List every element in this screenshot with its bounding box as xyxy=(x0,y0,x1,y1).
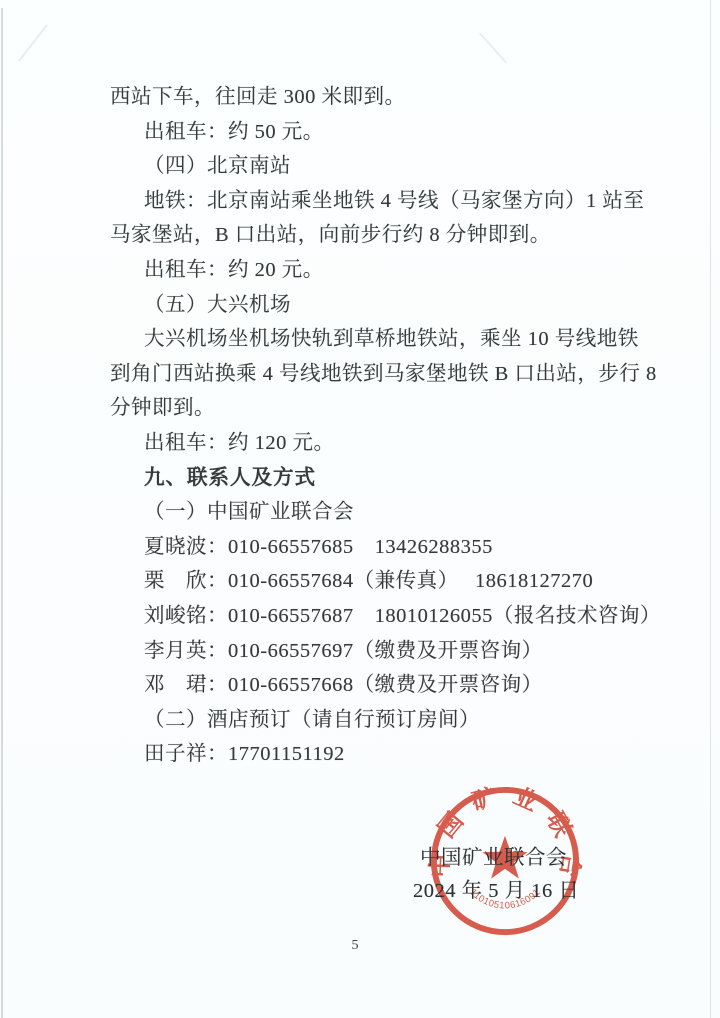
contact-line: 李月英：010-66557697（缴费及开票咨询） xyxy=(110,634,618,669)
contact-line: 夏晓波：010-66557685 13426288355 xyxy=(110,530,618,565)
page-number: 5 xyxy=(0,938,710,954)
document-line: （二）酒店预订（请自行预订房间） xyxy=(110,703,618,738)
document-page: 西站下车，往回走 300 米即到。 出租车：约 50 元。 （四）北京南站 地铁… xyxy=(0,0,720,1018)
document-body: 西站下车，往回走 300 米即到。 出租车：约 50 元。 （四）北京南站 地铁… xyxy=(110,80,618,772)
document-line: 西站下车，往回走 300 米即到。 xyxy=(110,80,618,115)
document-line: 大兴机场坐机场快轨到草桥地铁站，乘坐 10 号线地铁 xyxy=(110,322,618,357)
scan-artifact xyxy=(18,24,48,61)
contact-line: 邓 珺：010-66557668（缴费及开票咨询） xyxy=(110,668,618,703)
document-line: 到角门西站换乘 4 号线地铁到马家堡地铁 B 口出站，步行 8 xyxy=(110,357,618,392)
document-line: 马家堡站，B 口出站，向前步行约 8 分钟即到。 xyxy=(110,218,618,253)
page-scan-edge-left xyxy=(1,8,3,1018)
document-line: 分钟即到。 xyxy=(110,391,618,426)
document-line: （四）北京南站 xyxy=(110,149,618,184)
document-line: 出租车：约 20 元。 xyxy=(110,253,618,288)
page-scan-edge-right xyxy=(710,0,711,1018)
scan-artifact xyxy=(479,32,507,63)
document-line: （一）中国矿业联合会 xyxy=(110,495,618,530)
document-line: （五）大兴机场 xyxy=(110,288,618,323)
document-line: 出租车：约 50 元。 xyxy=(110,115,618,150)
document-line: 地铁：北京南站乘坐地铁 4 号线（马家堡方向）1 站至 xyxy=(110,184,618,219)
contact-line: 栗 欣：010-66557684（兼传真） 18618127270 xyxy=(110,564,618,599)
document-line: 出租车：约 120 元。 xyxy=(110,426,618,461)
section-heading: 九、联系人及方式 xyxy=(110,461,618,496)
signature-date: 2024 年 5 月 16 日 xyxy=(413,873,579,903)
contact-line: 刘峻铭：010-66557687 18010126055（报名技术咨询） xyxy=(110,599,618,634)
contact-line: 田子祥：17701151192 xyxy=(110,737,618,772)
signature-organization: 中国矿业联合会 xyxy=(420,840,567,870)
